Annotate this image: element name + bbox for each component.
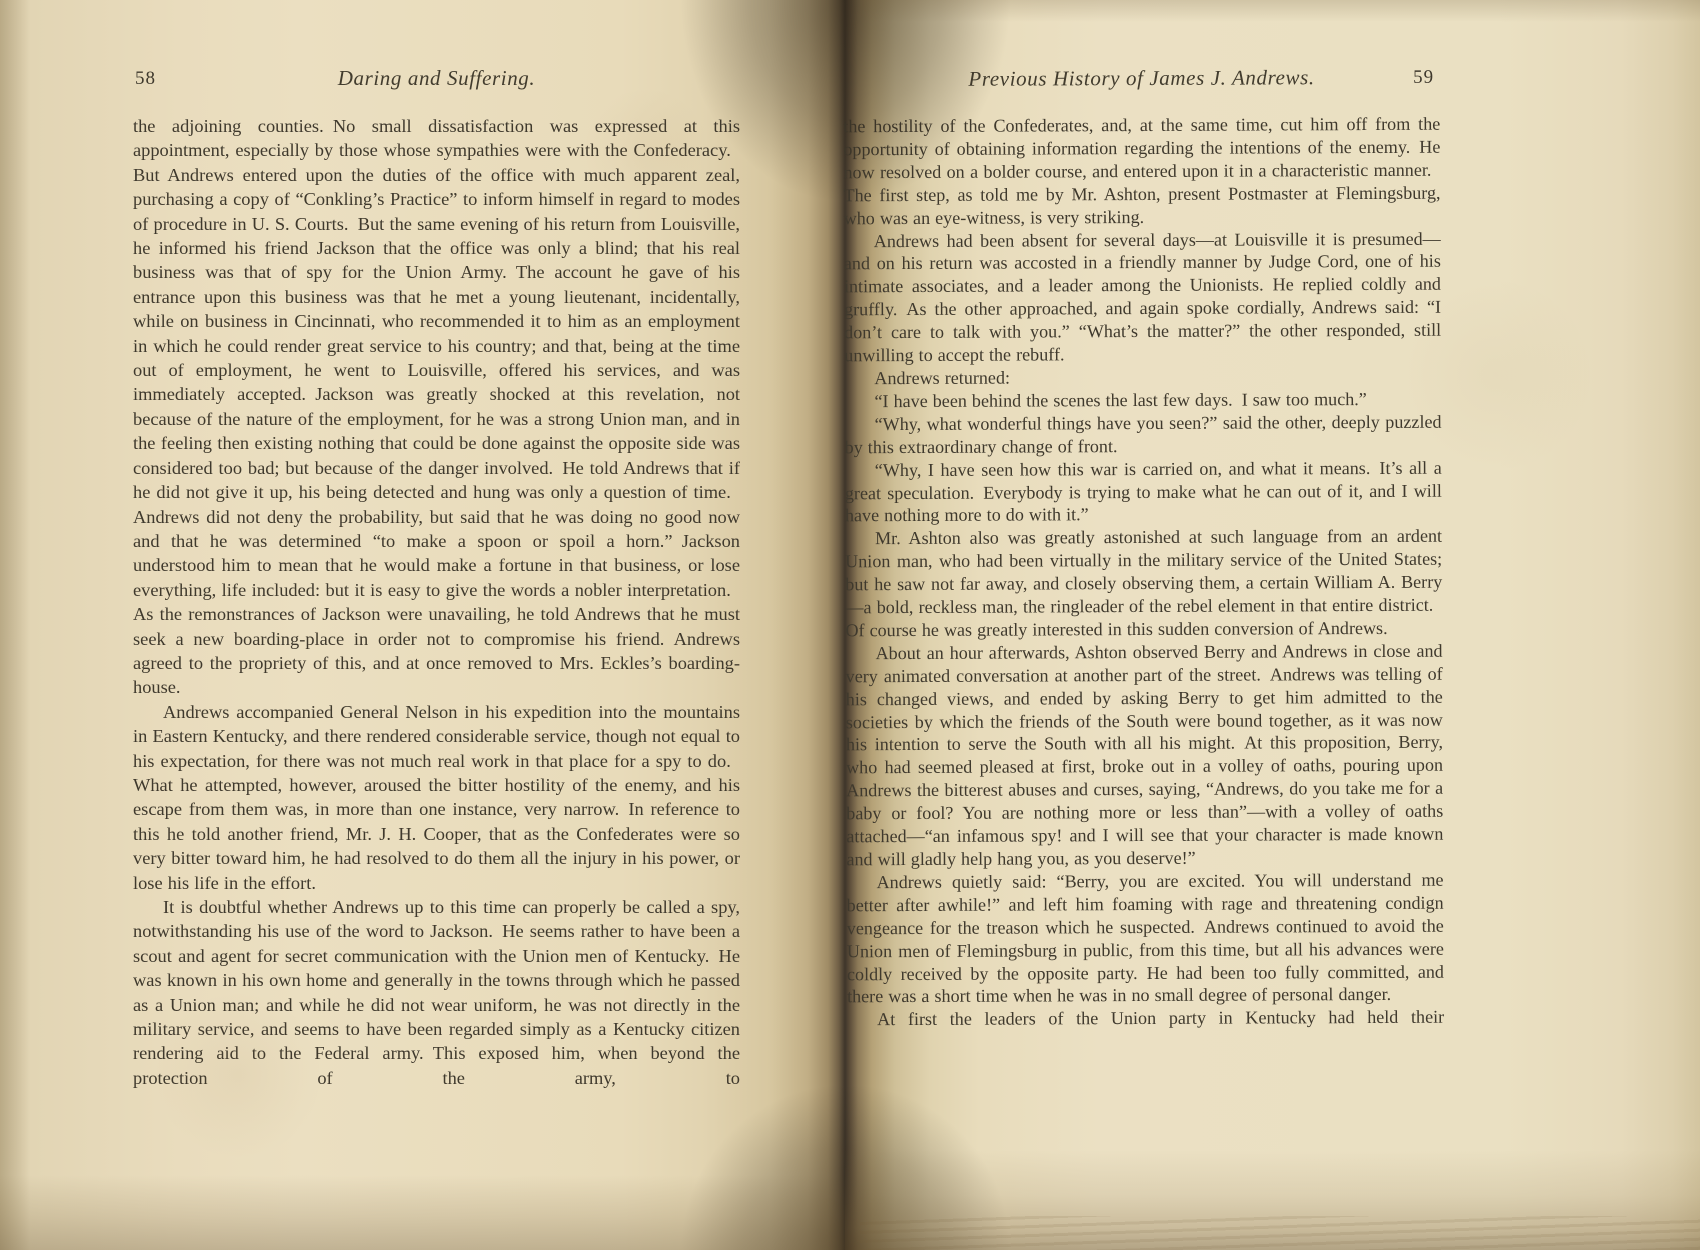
running-head-left: Daring and Suffering. [133,66,740,91]
right-page: Previous History of James J. Andrews. 59… [843,65,1444,1032]
paragraph: Mr. Ashton also was greatly astonished a… [845,525,1442,642]
paragraph: It is doubtful whether Andrews up to thi… [133,895,740,1090]
right-page-text: the hostility of the Confederates, and, … [843,113,1444,1032]
left-page-text: the adjoining counties. No small dissati… [133,114,740,1090]
paragraph: Andrews returned: [844,365,1441,391]
bottom-edge-shade-right [845,1150,1700,1250]
page-number-right: 59 [1413,67,1434,89]
paragraph: About an hour afterwards, Ashton observe… [846,640,1444,872]
left-edge-shade [0,0,30,1250]
left-page-header: 58 Daring and Suffering. [133,66,740,98]
running-head-right: Previous History of James J. Andrews. [843,65,1440,93]
paragraph: At first the leaders of the Union party … [847,1006,1444,1032]
paragraph: Andrews had been absent for several days… [844,227,1442,367]
bottom-edge-shade-left [0,1175,845,1250]
paragraph: “I have been behind the scenes the last … [844,388,1441,414]
page-edge-stack [860,1216,1700,1250]
paragraph: the adjoining counties. No small dissati… [133,114,740,700]
paragraph: “Why, what wonderful things have you see… [845,410,1442,458]
paragraph: the hostility of the Confederates, and, … [843,113,1440,230]
book-spread: 58 Daring and Suffering. the adjoining c… [0,0,1700,1250]
paragraph: Andrews accompanied General Nelson in hi… [133,700,740,895]
page-number-left: 58 [135,68,156,90]
paragraph: “Why, I have seen how this war is carrie… [845,456,1442,527]
top-edge-shade-right [860,0,1700,22]
left-page: 58 Daring and Suffering. the adjoining c… [133,66,740,1090]
paragraph: Andrews quietly said: “Berry, you are ex… [847,869,1445,1009]
right-page-header: Previous History of James J. Andrews. 59 [843,65,1440,100]
